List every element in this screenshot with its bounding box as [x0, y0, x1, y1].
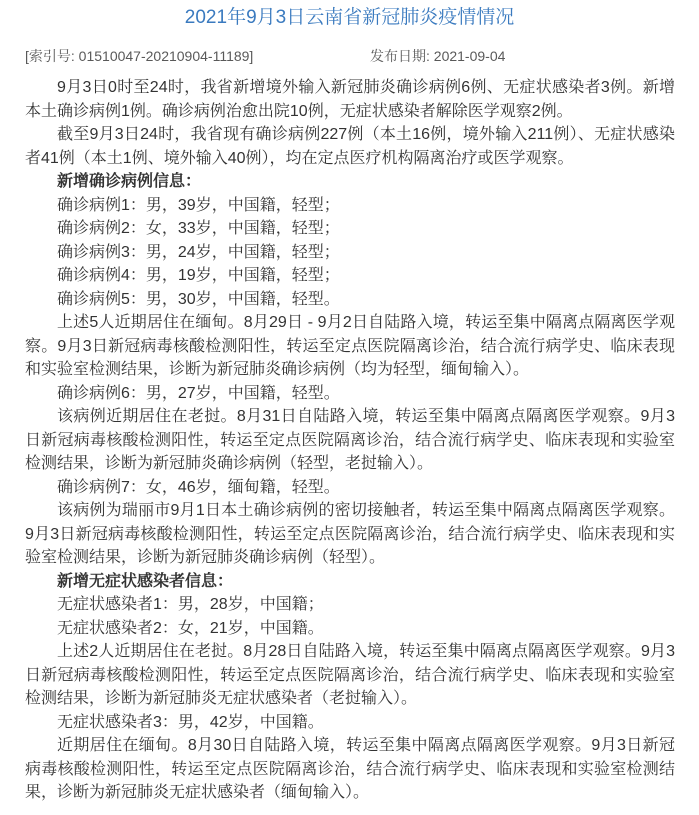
body-paragraph: 确诊病例1：男，39岁，中国籍，轻型； — [25, 194, 675, 218]
body-paragraph: 该病例近期居住在老挝。8月31日自陆路入境，转运至集中隔离点隔离医学观察。9月3… — [25, 405, 675, 476]
body-paragraph: 上述2人近期居住在老挝。8月28日自陆路入境，转运至集中隔离点隔离医学观察。9月… — [25, 640, 675, 711]
body-paragraph: 近期居住在缅甸。8月30日自陆路入境，转运至集中隔离点隔离医学观察。9月3日新冠… — [25, 734, 675, 805]
body-paragraph: 9月3日0时至24时，我省新增境外输入新冠肺炎确诊病例6例、无症状感染者3例。新… — [25, 76, 675, 123]
document-meta-bar: [索引号: 01510047-20210904-11189] 发布日期: 202… — [0, 36, 699, 72]
body-paragraph: 确诊病例2：女，33岁，中国籍，轻型； — [25, 217, 675, 241]
body-paragraph: 无症状感染者2：女，21岁，中国籍。 — [25, 617, 675, 641]
section-heading: 新增无症状感染者信息： — [25, 570, 675, 594]
body-paragraph: 确诊病例3：男，24岁，中国籍，轻型； — [25, 241, 675, 265]
page-title: 2021年9月3日云南省新冠肺炎疫情情况 — [0, 5, 699, 31]
body-paragraph: 该病例为瑞丽市9月1日本土确诊病例的密切接触者，转运至集中隔离点隔离医学观察。9… — [25, 499, 675, 570]
body-paragraph: 无症状感染者1：男，28岁，中国籍； — [25, 593, 675, 617]
section-heading: 新增确诊病例信息： — [25, 170, 675, 194]
index-number-label: [索引号: 01510047-20210904-11189] — [25, 46, 253, 66]
body-paragraph: 确诊病例6：男，27岁，中国籍，轻型。 — [25, 382, 675, 406]
body-paragraph: 截至9月3日24时，我省现有确诊病例227例（本土16例，境外输入211例）、无… — [25, 123, 675, 170]
publish-date-label: 发布日期: 2021-09-04 — [370, 46, 505, 66]
body-paragraph: 确诊病例4：男，19岁，中国籍，轻型； — [25, 264, 675, 288]
body-paragraph: 确诊病例5：男，30岁，中国籍，轻型。 — [25, 288, 675, 312]
body-paragraph: 上述5人近期居住在缅甸。8月29日 - 9月2日自陆路入境，转运至集中隔离点隔离… — [25, 311, 675, 382]
article-body: 9月3日0时至24时，我省新增境外输入新冠肺炎确诊病例6例、无症状感染者3例。新… — [0, 72, 699, 815]
body-paragraph: 确诊病例7：女，46岁，缅甸籍，轻型。 — [25, 476, 675, 500]
epidemic-report-page: 2021年9月3日云南省新冠肺炎疫情情况 [索引号: 01510047-2021… — [0, 0, 699, 815]
body-paragraph: 无症状感染者3：男，42岁，中国籍。 — [25, 711, 675, 735]
